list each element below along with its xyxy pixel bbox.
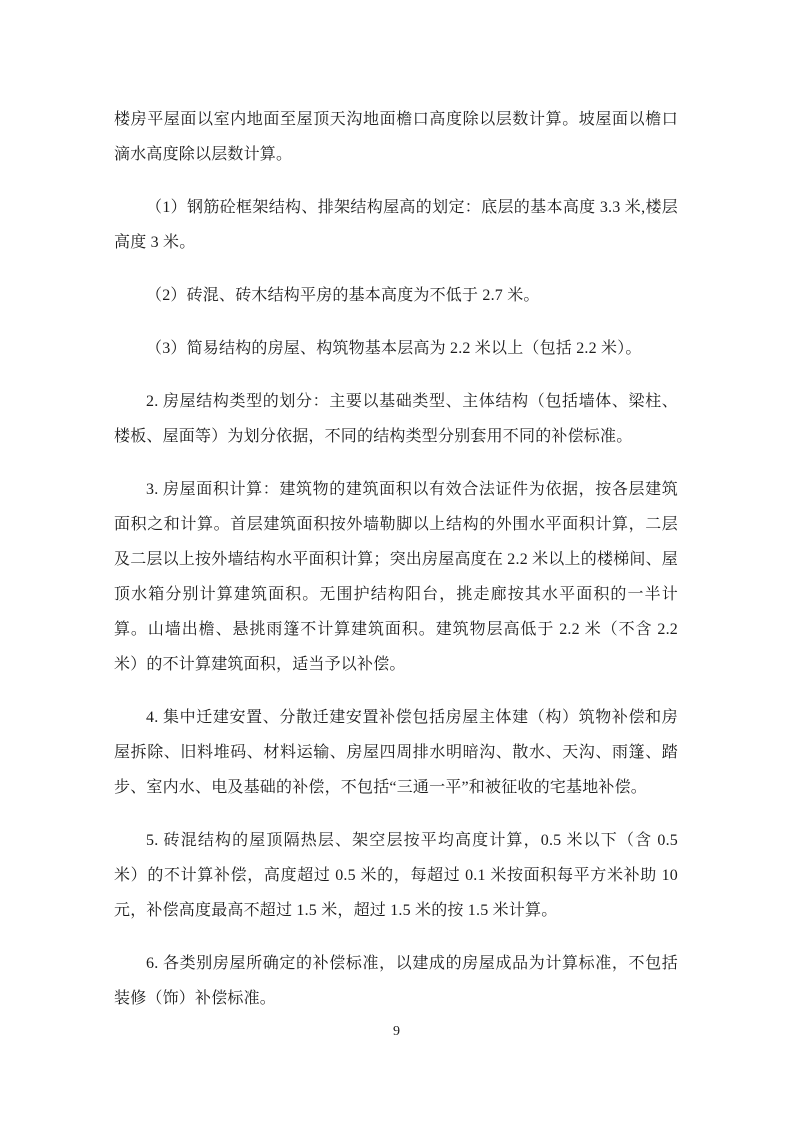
section-compensation-standard-basis: 6. 各类别房屋所确定的补偿标准，以建成的房屋成品为计算标准，不包括装修（饰）补… bbox=[114, 946, 678, 1016]
section-floor-area-calculation: 3. 房屋面积计算：建筑物的建筑面积以有效合法证件为依据，按各层建筑面积之和计算… bbox=[114, 472, 678, 682]
para-roof-height-continued: 楼房平屋面以室内地面至屋顶天沟地面檐口高度除以层数计算。坡屋面以檐口滴水高度除以… bbox=[114, 102, 678, 172]
page-number: 9 bbox=[0, 1024, 793, 1040]
section-insulation-layer-compensation: 5. 砖混结构的屋顶隔热层、架空层按平均高度计算，0.5 米以下（含 0.5 米… bbox=[114, 823, 678, 928]
list-item-brick-structure-height: （2）砖混、砖木结构平房的基本高度为不低于 2.7 米。 bbox=[114, 278, 678, 313]
document-body: 楼房平屋面以室内地面至屋顶天沟地面檐口高度除以层数计算。坡屋面以檐口滴水高度除以… bbox=[114, 102, 678, 1034]
list-item-simple-structure-height: （3）简易结构的房屋、构筑物基本层高为 2.2 米以上（包括 2.2 米）。 bbox=[114, 331, 678, 366]
document-page: 楼房平屋面以室内地面至屋顶天沟地面檐口高度除以层数计算。坡屋面以檐口滴水高度除以… bbox=[0, 0, 793, 1122]
section-relocation-compensation-scope: 4. 集中迁建安置、分散迁建安置补偿包括房屋主体建（构）筑物补偿和房屋拆除、旧料… bbox=[114, 700, 678, 805]
list-item-frame-structure-height: （1）钢筋砼框架结构、排架结构屋高的划定：底层的基本高度 3.3 米,楼层高度 … bbox=[114, 190, 678, 260]
section-structure-type-classification: 2. 房屋结构类型的划分：主要以基础类型、主体结构（包括墙体、梁柱、楼板、屋面等… bbox=[114, 384, 678, 454]
